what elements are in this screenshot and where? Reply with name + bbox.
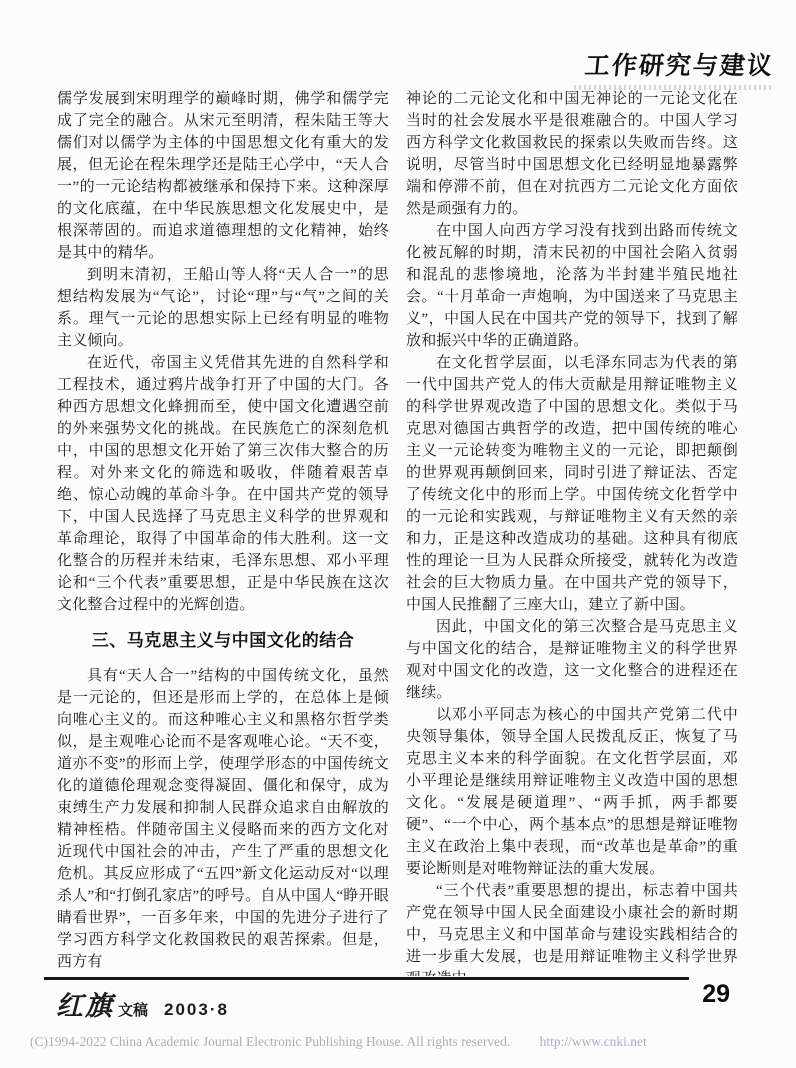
paragraph: 具有“天人合一”结构的中国传统文化，虽然是一元论的，但还是形而上学的，在总体上是… [57,665,389,973]
issue-label: 2003·8 [164,1000,229,1020]
copyright-line: (C)1994-2022 China Academic Journal Elec… [30,1034,647,1050]
paragraph: 因此，中国文化的第三次整合是马克思主义与中国文化的结合，是辩证唯物主义的科学世界… [406,616,738,704]
section-heading: 三、马克思主义与中国文化的结合 [57,630,389,652]
paragraph: “三个代表”重要思想的提出，标志着中国共产党在领导中国人民全面建设小康社会的新时… [406,880,738,976]
page-number: 29 [702,980,730,1009]
left-column: 儒学发展到宋明理学的巅峰时期，佛学和儒学完成了完全的融合。从宋元至明清，程朱陆王… [57,88,389,976]
paragraph: 在文化哲学层面，以毛泽东同志为代表的第一代中国共产党人的伟大贡献是用辩证唯物主义… [406,352,738,616]
right-column: 神论的二元论文化和中国无神论的一元论文化在当时的社会发展水平是很难融合的。中国人… [406,88,738,976]
publisher-url: http://www.cnki.net [540,1034,647,1049]
journal-logo: 红旗 [56,984,114,1023]
paragraph: 神论的二元论文化和中国无神论的一元论文化在当时的社会发展水平是很难融合的。中国人… [406,88,738,220]
journal-imprint: 红旗 文稿 2003·8 [56,984,229,1023]
paragraph: 在近代，帝国主义凭借其先进的自然科学和工程技术，通过鸦片战争打开了中国的大门。各… [57,352,389,616]
journal-logo-suffix: 文稿 [118,999,148,1020]
section-header-label: 工作研究与建议 [583,46,776,82]
paragraph: 到明末清初，王船山等人将“天人合一”的思想结构发展为“气论”，讨论“理”与“气”… [57,264,389,352]
running-head: 工作研究与建议 [574,46,774,90]
paragraph: 儒学发展到宋明理学的巅峰时期，佛学和儒学完成了完全的融合。从宋元至明清，程朱陆王… [57,88,389,264]
footer-rule [44,977,689,980]
article-body: 儒学发展到宋明理学的巅峰时期，佛学和儒学完成了完全的融合。从宋元至明清，程朱陆王… [57,88,739,976]
paragraph: 在中国人向西方学习没有找到出路而传统文化被瓦解的时期，清末民初的中国社会陷入贫弱… [406,220,738,352]
paragraph: 以邓小平同志为核心的中国共产党第二代中央领导集体，领导全国人民拨乱反正，恢复了马… [406,704,738,880]
copyright-text: (C)1994-2022 China Academic Journal Elec… [30,1034,510,1049]
